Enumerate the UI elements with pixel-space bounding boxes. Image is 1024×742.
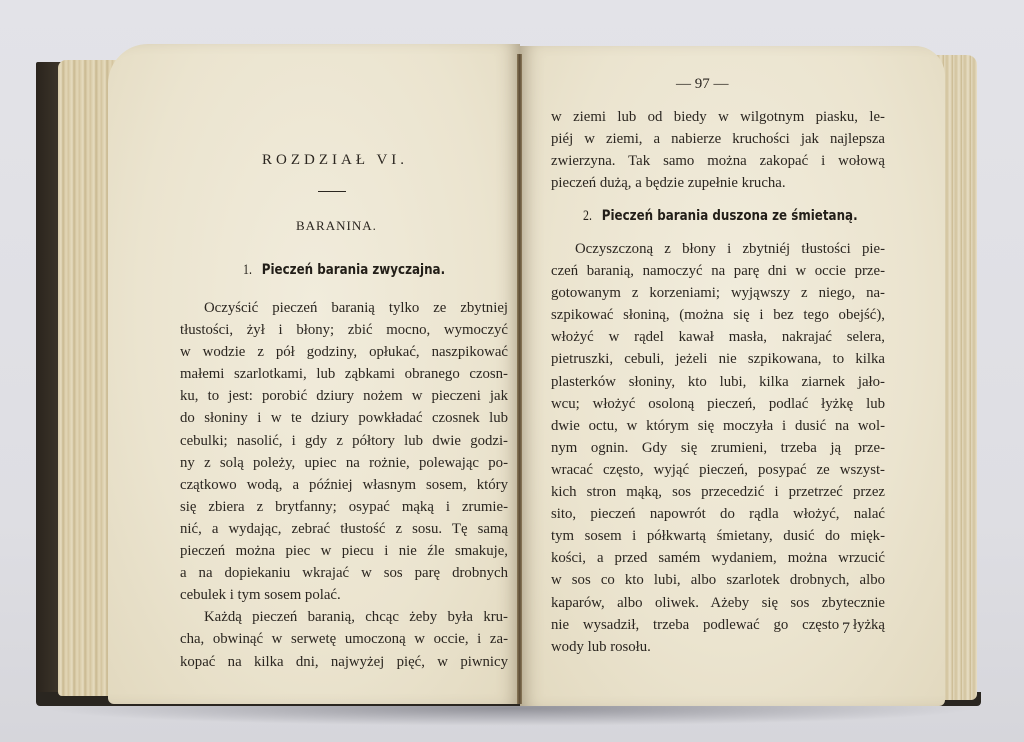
book-gutter (517, 54, 522, 704)
text-line: Każdą pieczeń baranią, chcąc żeby była k… (180, 606, 508, 628)
text-line: nie wysadził, trzeba podlewać go często … (551, 614, 885, 636)
page-number: — 97 — (676, 76, 729, 93)
text-line: czeń baranią, namoczyć na parę dni w occ… (551, 260, 885, 282)
text-line: wcu; włożyć osoloną pieczeń, podlać łyżk… (551, 393, 885, 415)
text-line: Oczyścić pieczeń baranią tylko ze zbytni… (180, 297, 508, 319)
text-line: kaparów, albo oliwek. Ażeby się sos zbyt… (551, 592, 885, 614)
recipe-heading-2: 2.Pieczeń barania duszona ze śmietaną. (583, 208, 858, 225)
text-line: w wodzie z pół godziny, opłukać, naszpik… (180, 341, 508, 363)
text-line: tłustości, żył i błony; zbić mocno, wymo… (180, 319, 508, 341)
text-line: gotowanym z korzeniami; wyjąwszy z niego… (551, 282, 885, 304)
text-line: cebulek i tym sosem polać. (180, 584, 508, 606)
chapter-divider (318, 191, 346, 192)
text-line: wracać często, wyjąć pieczeń, posypać ze… (551, 459, 885, 481)
text-line: tym sosem i półkwartą śmietany, dusić do… (551, 525, 885, 547)
text-line: kich stron mąką, sos przecedzić i przetr… (551, 481, 885, 503)
text-line: ku, to jest: porobić dziury nożem w piec… (180, 385, 508, 407)
text-line: kopać na kilka dni, najwyżej pięć, w piw… (180, 651, 508, 673)
right-paragraph-3: Oczyszczoną z błony i zbytniéj tłustości… (551, 238, 885, 658)
text-line: nym ognin. Gdy się zrumieni, trzeba ją p… (551, 437, 885, 459)
left-paragraph-1: Oczyścić pieczeń baranią tylko ze zbytni… (180, 297, 508, 673)
recipe-number: 2. (583, 208, 592, 224)
signature-mark: 7 (842, 620, 850, 638)
text-line: szpikować słoniną, (można się i bez tego… (551, 304, 885, 326)
recipe-title: Pieczeń barania duszona ze śmietaną. (602, 208, 858, 224)
text-line: pieczeń można piec w piecu i nie źle sma… (180, 540, 508, 562)
text-line: zwierzyna. Tak samo można zakopać i woło… (551, 150, 885, 172)
text-line: do słoniny i w te dziury powkładać czosn… (180, 407, 508, 429)
text-line: cha, obwinąć w serwetę umoczoną w occie,… (180, 628, 508, 650)
recipe-title: Pieczeń barania zwyczajna. (262, 262, 445, 278)
text-line: kości, a przed samém wydaniem, można wrz… (551, 547, 885, 569)
chapter-title: ROZDZIAŁ VI. (262, 152, 408, 169)
text-line: sito, pieczeń napowrót do rądla włożyć, … (551, 503, 885, 525)
section-title: BARANINA. (296, 218, 377, 234)
right-paragraph-continued: w ziemi lub od biedy w wilgotnym piasku,… (551, 106, 885, 194)
text-line: czątkowo wodą, a później własnym sosem, … (180, 474, 508, 496)
text-line: w sos co kto lubi, albo szarlotek drobny… (551, 569, 885, 591)
text-line: pieczeń dużą, a będzie zupełnie krucha. (551, 172, 885, 194)
text-line: w ziemi lub od biedy w wilgotnym piasku,… (551, 106, 885, 128)
text-line: włożyć w rądel kawał masła, nakrajać sel… (551, 326, 885, 348)
text-line: małemi szarlotkami, lub ząbkami obranego… (180, 363, 508, 385)
text-line: plasterków słoniny, kto lubi, kilka ziar… (551, 371, 885, 393)
text-line: a na dopiekaniu wkrajać w sos parę drobn… (180, 562, 508, 584)
text-line: piéj w ziemi, a nabierze kruchości jak n… (551, 128, 885, 150)
text-line: się zbiera z brytfanny; osypać mąką i zr… (180, 496, 508, 518)
text-line: nić, a wydając, zebrać tłustość z sosu. … (180, 518, 508, 540)
text-line: cebulki; nasolić, i gdy z półtory lub dw… (180, 430, 508, 452)
text-line: ny z solą poleży, upiec na rożnie, polew… (180, 452, 508, 474)
text-line: Oczyszczoną z błony i zbytniéj tłustości… (551, 238, 885, 260)
text-line: dwie octu, w którym się moczyła i dusić … (551, 415, 885, 437)
text-line: pietruszki, cebuli, jeżeli nie szpikowan… (551, 348, 885, 370)
text-line: wody lub rosołu. (551, 636, 885, 658)
recipe-number: 1. (243, 262, 252, 278)
recipe-heading-1: 1.Pieczeń barania zwyczajna. (243, 262, 445, 279)
